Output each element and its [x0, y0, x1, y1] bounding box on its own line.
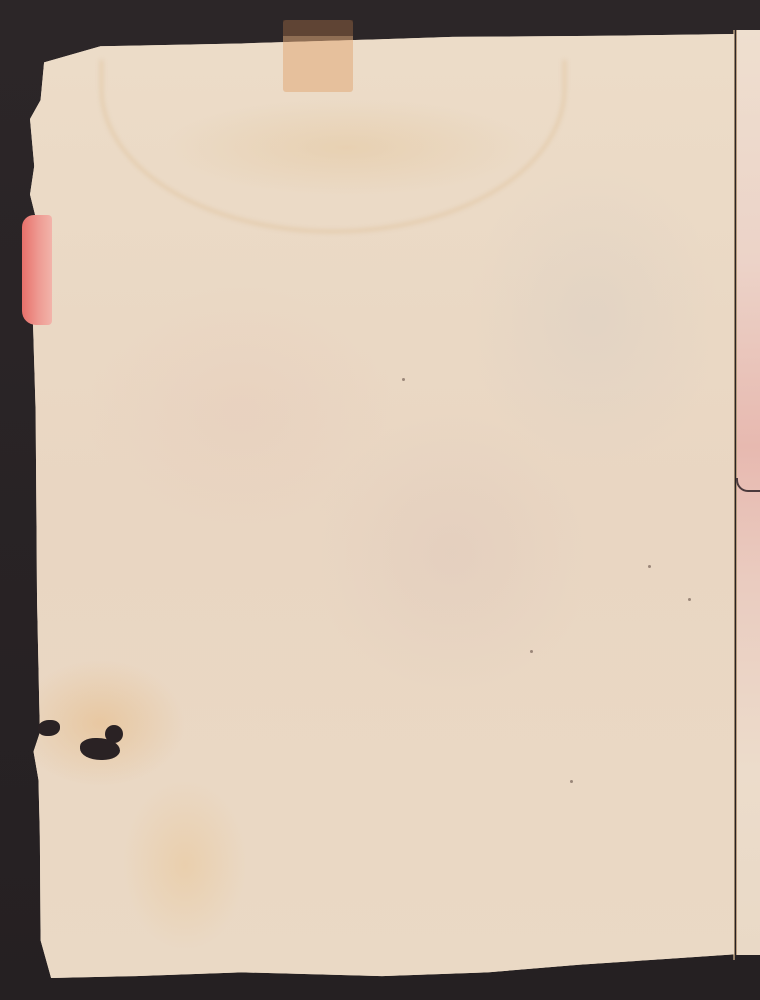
wormhole	[38, 720, 60, 736]
paper-speck	[688, 598, 691, 601]
paper-speck	[570, 780, 573, 783]
paper-speck	[402, 378, 405, 381]
pink-tab	[22, 215, 52, 325]
paper-speck	[530, 650, 533, 653]
paper-speck	[648, 565, 651, 568]
tape-residue-top	[283, 20, 353, 36]
wormhole	[105, 725, 123, 743]
adjacent-page-edge	[736, 30, 760, 955]
